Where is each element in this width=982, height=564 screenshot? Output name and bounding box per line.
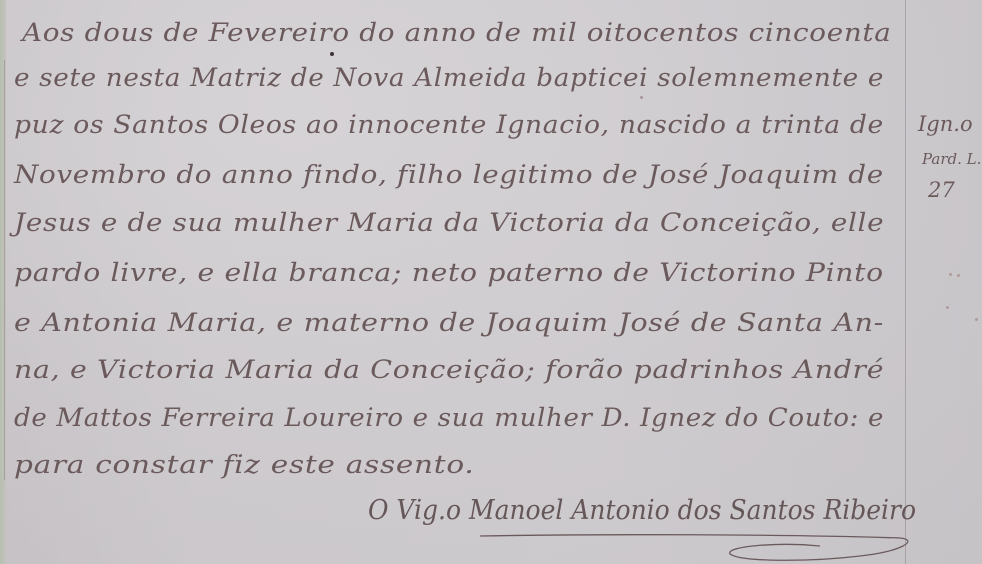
record-line-1: Aos dous de Fevereiro do anno de mil oit… <box>22 18 892 47</box>
record-line-5: Jesus e de sua mulher Maria da Victoria … <box>14 208 884 237</box>
paper-spot <box>975 318 978 321</box>
record-line-7: e Antonia Maria, e materno de Joaquim Jo… <box>14 308 884 337</box>
margin-note-number: 27 <box>928 178 955 202</box>
paper-spot <box>640 96 643 99</box>
margin-note-name: Ign.o <box>918 112 973 136</box>
ink-dot <box>330 52 334 56</box>
record-line-4: Novembro do anno findo, filho legitimo d… <box>14 160 884 189</box>
record-line-9: de Mattos Ferreira Loureiro e sua mulher… <box>14 403 884 432</box>
margin-rule <box>905 0 906 564</box>
record-line-8: na, e Victoria Maria da Conceição; forão… <box>14 355 884 384</box>
paper-spot <box>949 273 952 276</box>
margin-note-status: Pard. L. <box>922 150 981 168</box>
signature-flourish <box>480 532 960 564</box>
record-line-3: puz os Santos Oleos ao innocente Ignacio… <box>14 110 884 139</box>
priest-signature: O Vig.o Manoel Antonio dos Santos Ribeir… <box>368 495 916 526</box>
record-line-6: pardo livre, e ella branca; neto paterno… <box>14 258 884 287</box>
page-binding-edge <box>0 0 6 564</box>
record-line-2: e sete nesta Matriz de Nova Almeida bapt… <box>14 63 884 92</box>
paper-spot <box>957 274 960 277</box>
paper-spot <box>946 306 949 309</box>
record-line-10: para constar fiz este assento. <box>14 450 474 479</box>
manuscript-page: Aos dous de Fevereiro do anno de mil oit… <box>0 0 982 564</box>
fold-line <box>4 60 5 480</box>
